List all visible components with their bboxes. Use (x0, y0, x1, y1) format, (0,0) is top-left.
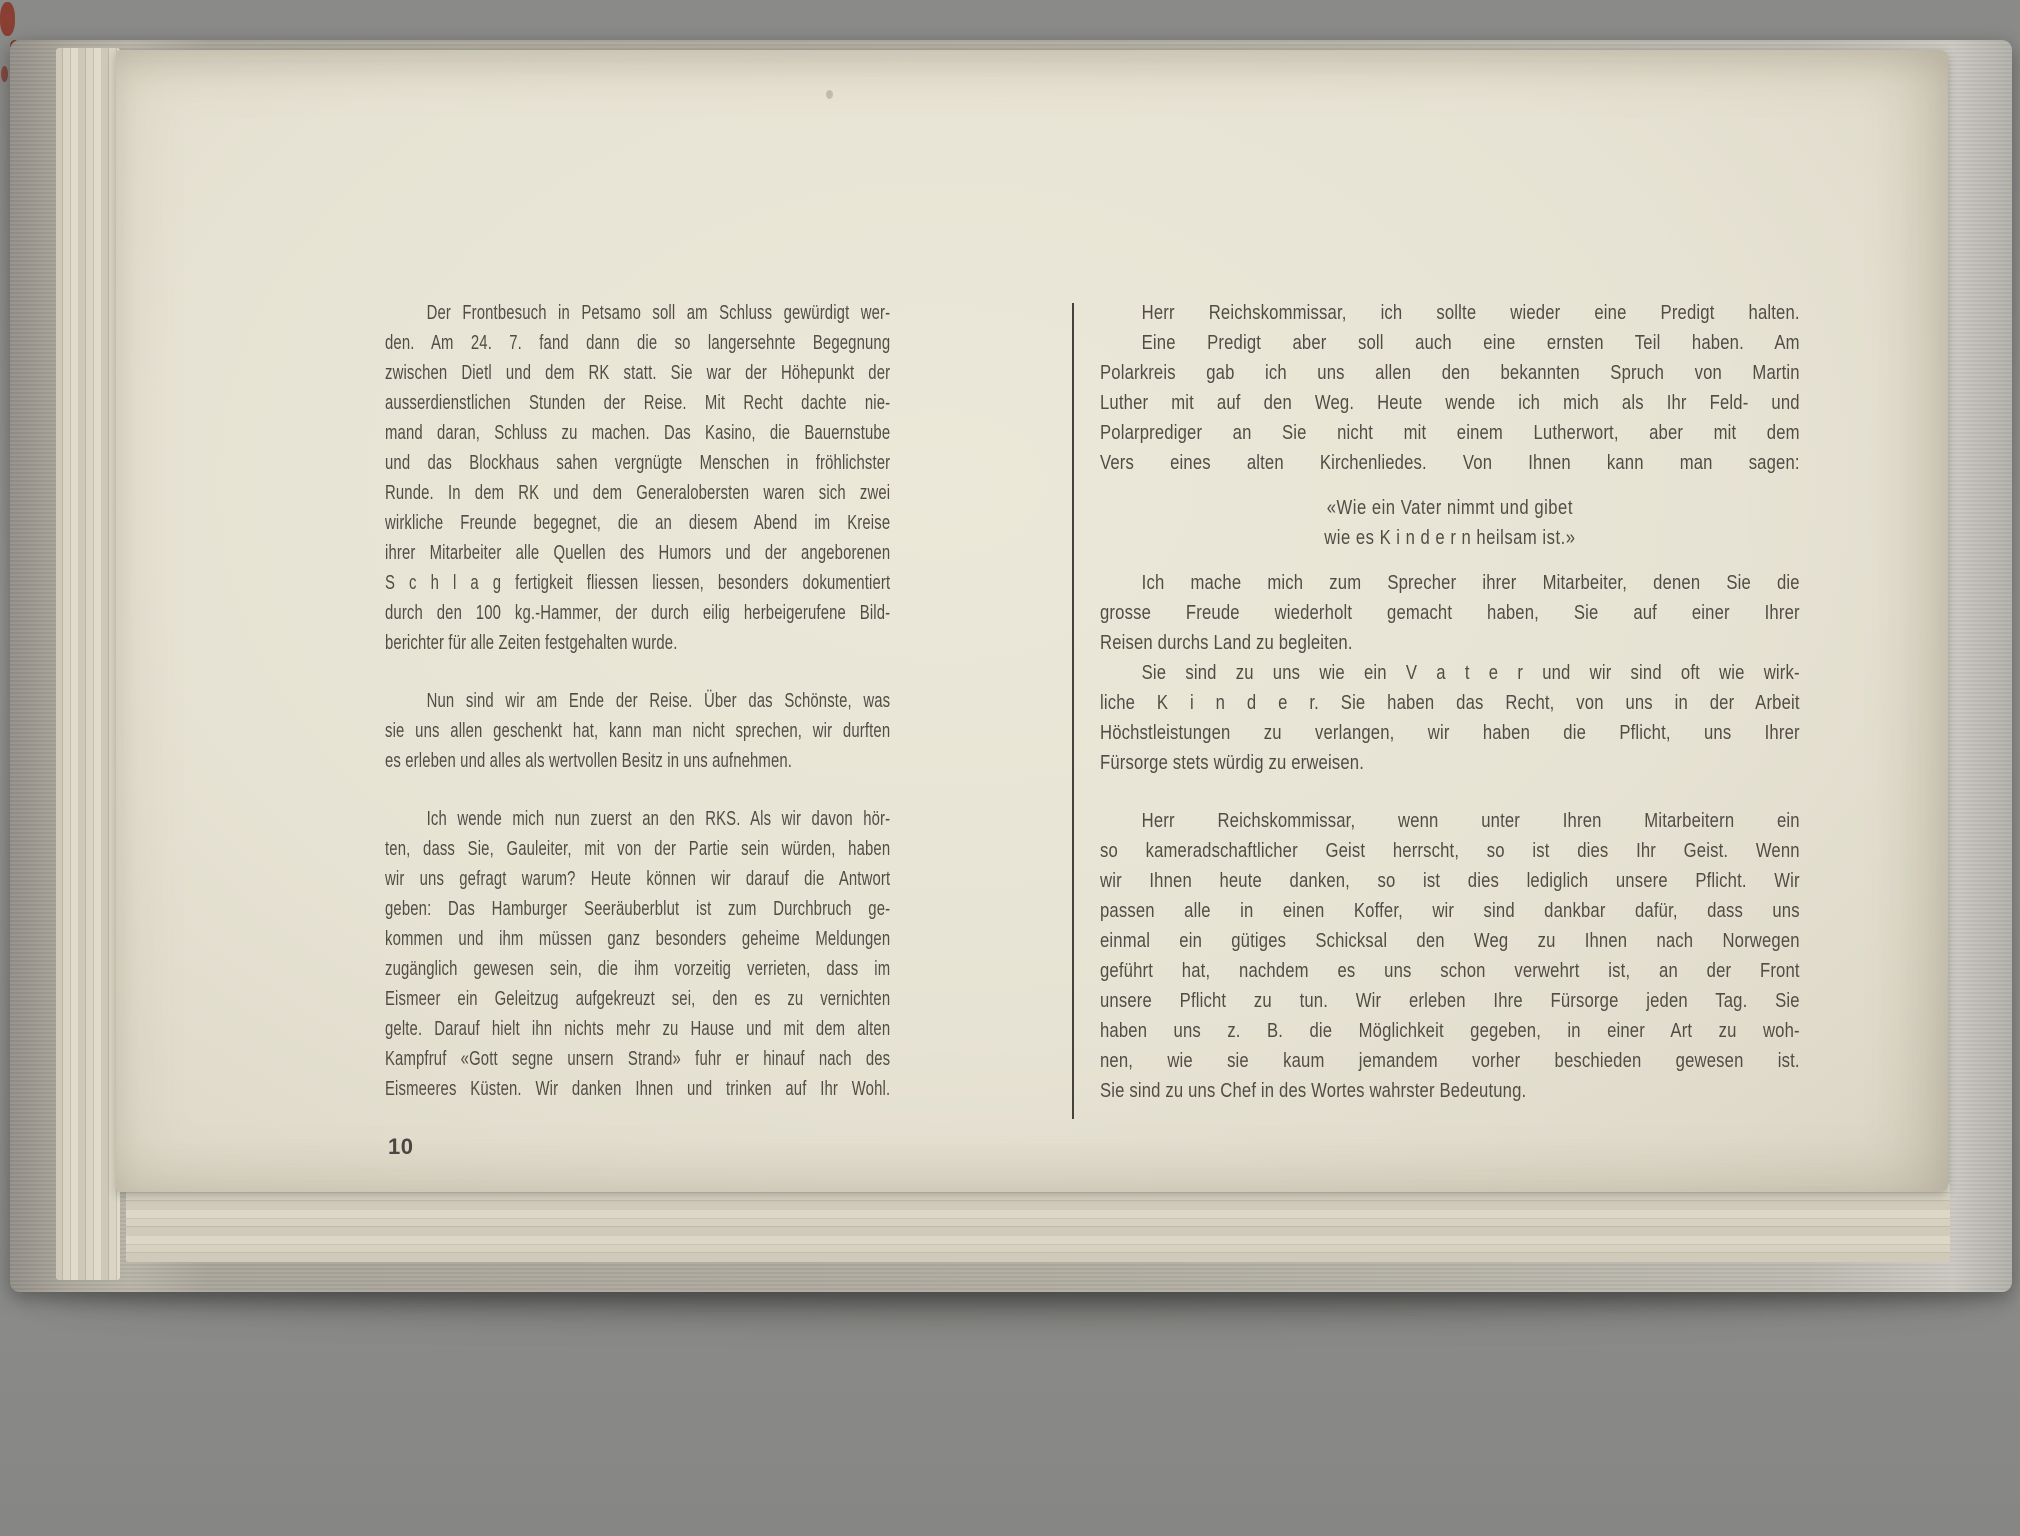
text-line: Runde. In dem RK und dem Generalobersten… (385, 478, 890, 508)
text-line: Fürsorge stets würdig zu erweisen. (1100, 748, 1800, 778)
text-line: Eismeeres Küsten. Wir danken Ihnen und t… (385, 1074, 890, 1104)
red-edge-mark (1, 66, 8, 82)
paragraph: Der Frontbesuch in Petsamo soll am Schlu… (385, 298, 890, 658)
text-line: Der Frontbesuch in Petsamo soll am Schlu… (385, 298, 890, 328)
text-line: «Wie ein Vater nimmt und gibet (1100, 493, 1800, 523)
page-edges-left (56, 48, 120, 1280)
column-divider-rule (1072, 303, 1074, 1119)
text-line: den. Am 24. 7. fand dann die so langerse… (385, 328, 890, 358)
red-edge-mark (0, 2, 15, 36)
text-line: Eismeer ein Geleitzug aufgekreuzt sei, d… (385, 984, 890, 1014)
text-line: und das Blockhaus sahen vergnügte Mensch… (385, 448, 890, 478)
text-line: haben uns z. B. die Möglichkeit gegeben,… (1100, 1016, 1800, 1046)
text-line: wir uns gefragt warum? Heute können wir … (385, 864, 890, 894)
text-line: wir Ihnen heute danken, so ist dies ledi… (1100, 866, 1800, 896)
text-line: Herr Reichskommissar, wenn unter Ihren M… (1100, 806, 1800, 836)
text-line: gelte. Darauf hielt ihn nichts mehr zu H… (385, 1014, 890, 1044)
quote-paragraph: «Wie ein Vater nimmt und gibetwie es K i… (1100, 493, 1800, 553)
text-line: Polarprediger an Sie nicht mit einem Lut… (1100, 418, 1800, 448)
text-line: berichter für alle Zeiten festgehalten w… (385, 628, 890, 658)
text-line: grosse Freude wiederholt gemacht haben, … (1100, 598, 1800, 628)
text-line: mand daran, Schluss zu machen. Das Kasin… (385, 418, 890, 448)
page-number: 10 (388, 1134, 413, 1160)
text-line: Luther mit auf den Weg. Heute wende ich … (1100, 388, 1800, 418)
text-line: einmal ein gütiges Schicksal den Weg zu … (1100, 926, 1800, 956)
page-edges-bottom (126, 1184, 1950, 1262)
text-line: zugänglich gewesen sein, die ihm vorzeit… (385, 954, 890, 984)
text-line: sie uns allen geschenkt hat, kann man ni… (385, 716, 890, 746)
text-line: kommen und ihm müssen ganz besonders geh… (385, 924, 890, 954)
text-line: Polarkreis gab ich uns allen den bekannt… (1100, 358, 1800, 388)
text-line: unsere Pflicht zu tun. Wir erleben Ihre … (1100, 986, 1800, 1016)
text-line: Reisen durchs Land zu begleiten. (1100, 628, 1800, 658)
paper-fleck (826, 90, 833, 99)
paragraph: Ich wende mich nun zuerst an den RKS. Al… (385, 804, 890, 1104)
text-line: Sie sind zu uns wie ein V a t e r und wi… (1100, 658, 1800, 688)
text-line: geben: Das Hamburger Seeräuberblut ist z… (385, 894, 890, 924)
text-line: wirkliche Freunde begegnet, die an diese… (385, 508, 890, 538)
text-line: Kampfruf «Gott segne unsern Strand» fuhr… (385, 1044, 890, 1074)
text-line: es erleben und alles als wertvollen Besi… (385, 746, 890, 776)
text-line: nen, wie sie kaum jemandem vorher beschi… (1100, 1046, 1800, 1076)
text-line: Eine Predigt aber soll auch eine ernsten… (1100, 328, 1800, 358)
text-column-right: Herr Reichskommissar, ich sollte wieder … (1100, 298, 1800, 1106)
text-line: ihrer Mitarbeiter alle Quellen des Humor… (385, 538, 890, 568)
text-line: liche K i n d e r. Sie haben das Recht, … (1100, 688, 1800, 718)
text-line: Höchstleistungen zu verlangen, wir haben… (1100, 718, 1800, 748)
paragraph: Eine Predigt aber soll auch eine ernsten… (1100, 328, 1800, 478)
text-line: ten, dass Sie, Gauleiter, mit von der Pa… (385, 834, 890, 864)
text-line: wie es K i n d e r n heilsam ist.» (1100, 523, 1800, 553)
text-line: so kameradschaftlicher Geist herrscht, s… (1100, 836, 1800, 866)
text-line: Herr Reichskommissar, ich sollte wieder … (1100, 298, 1800, 328)
paragraph: Ich mache mich zum Sprecher ihrer Mitarb… (1100, 568, 1800, 658)
text-line: Ich mache mich zum Sprecher ihrer Mitarb… (1100, 568, 1800, 598)
text-line: ausserdienstlichen Stunden der Reise. Mi… (385, 388, 890, 418)
text-column-left: Der Frontbesuch in Petsamo soll am Schlu… (385, 298, 890, 1104)
text-line: S c h l a g fertigkeit fliessen liessen,… (385, 568, 890, 598)
text-line: passen alle in einen Koffer, wir sind da… (1100, 896, 1800, 926)
text-line: Sie sind zu uns Chef in des Wortes wahrs… (1100, 1076, 1800, 1106)
text-line: geführt hat, nachdem es uns schon verweh… (1100, 956, 1800, 986)
text-line: Nun sind wir am Ende der Reise. Über das… (385, 686, 890, 716)
text-line: durch den 100 kg.-Hammer, der durch eili… (385, 598, 890, 628)
text-line: Ich wende mich nun zuerst an den RKS. Al… (385, 804, 890, 834)
text-line: Vers eines alten Kirchenliedes. Von Ihne… (1100, 448, 1800, 478)
paragraph: Herr Reichskommissar, wenn unter Ihren M… (1100, 806, 1800, 1106)
paragraph: Sie sind zu uns wie ein V a t e r und wi… (1100, 658, 1800, 778)
paragraph: Herr Reichskommissar, ich sollte wieder … (1100, 298, 1800, 328)
text-line: zwischen Dietl und dem RK statt. Sie war… (385, 358, 890, 388)
paragraph: Nun sind wir am Ende der Reise. Über das… (385, 686, 890, 776)
